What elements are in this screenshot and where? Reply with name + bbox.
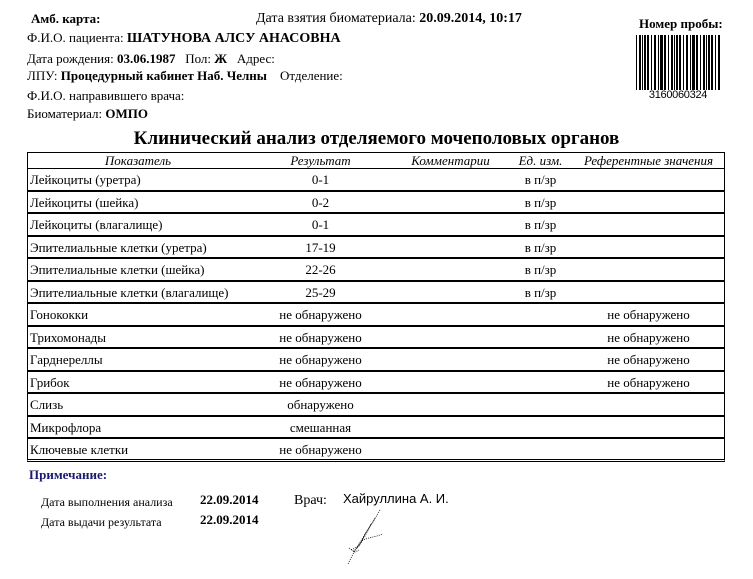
indicator-cell: Слизь [28,394,248,415]
result-cell: 0-1 [248,214,393,235]
table-row: Грибокне обнаруженоне обнаружено [27,372,725,395]
result-cell: не обнаружено [248,327,393,348]
referring-doctor-label: Ф.И.О. направившего врача: [27,88,184,104]
table-row: Трихомонадыне обнаруженоне обнаружено [27,327,725,350]
unit-cell: в п/зр [508,214,573,235]
reference-cell: не обнаружено [573,304,724,325]
table-row: Эпителиальные клетки (уретра)17-19в п/зр [27,237,725,260]
column-header-result: Результат [248,153,393,168]
column-header-reference: Референтные значения [573,153,724,168]
comment-cell [393,394,508,415]
result-cell: не обнаружено [248,349,393,370]
analysis-date-value: 22.09.2014 [200,492,259,508]
comment-cell [393,439,508,459]
unit-cell: в п/зр [508,169,573,190]
table-row: Ключевые клеткине обнаружено [27,439,725,462]
reference-cell [573,394,724,415]
table-row: Слизьобнаружено [27,394,725,417]
birth-value: 03.06.1987 [117,51,176,66]
unit-cell [508,417,573,438]
reference-cell [573,259,724,280]
indicator-cell: Лейкоциты (шейка) [28,192,248,213]
result-cell: 25-29 [248,282,393,303]
indicator-cell: Эпителиальные клетки (шейка) [28,259,248,280]
sex-label: Пол: [185,51,211,66]
comment-cell [393,169,508,190]
patient-value: ШАТУНОВА АЛСУ АНАСОВНА [127,31,341,46]
result-cell: 17-19 [248,237,393,258]
indicator-cell: Эпителиальные клетки (уретра) [28,237,248,258]
reference-cell [573,417,724,438]
patient-name: Ф.И.О. пациента: ШАТУНОВА АЛСУ АНАСОВНА [27,30,341,47]
unit-cell: в п/зр [508,282,573,303]
result-cell: не обнаружено [248,439,393,459]
table-row: Гарднереллыне обнаруженоне обнаружено [27,349,725,372]
sample-number-label: Номер пробы: [639,16,723,32]
signature-icon [345,508,405,568]
indicator-cell: Лейкоциты (влагалище) [28,214,248,235]
table-header: Показатель Результат Комментарии Ед. изм… [27,152,725,169]
unit-cell [508,349,573,370]
result-cell: 22-26 [248,259,393,280]
result-cell: 0-1 [248,169,393,190]
note-label: Примечание: [29,467,107,483]
table-row: Лейкоциты (шейка)0-2в п/зр [27,192,725,215]
issue-date-value: 22.09.2014 [200,512,259,528]
comment-cell [393,237,508,258]
analysis-date-label: Дата выполнения анализа [41,495,173,510]
column-header-unit: Ед. изм. [508,153,573,168]
unit-cell: в п/зр [508,192,573,213]
comment-cell [393,304,508,325]
department-label: Отделение: [280,68,343,83]
reference-cell [573,237,724,258]
indicator-cell: Гарднереллы [28,349,248,370]
barcode-number: 3160060324 [630,89,726,101]
indicator-cell: Трихомонады [28,327,248,348]
result-cell: не обнаружено [248,304,393,325]
table-body: Лейкоциты (уретра)0-1в п/зрЛейкоциты (ше… [27,169,725,462]
reference-cell: не обнаружено [573,349,724,370]
indicator-cell: Эпителиальные клетки (влагалище) [28,282,248,303]
results-table: Показатель Результат Комментарии Ед. изм… [27,152,725,462]
reference-cell: не обнаружено [573,327,724,348]
lpu-label: ЛПУ: [27,68,58,83]
unit-cell [508,327,573,348]
comment-cell [393,214,508,235]
lpu-value: Процедурный кабинет Наб. Челны [61,68,267,83]
sex-value: Ж [214,51,227,66]
table-row: Лейкоциты (уретра)0-1в п/зр [27,169,725,192]
unit-cell: в п/зр [508,237,573,258]
reference-cell [573,439,724,459]
unit-cell [508,439,573,459]
column-header-indicator: Показатель [28,153,248,168]
comment-cell [393,259,508,280]
sample-date: Дата взятия биоматериала: 20.09.2014, 10… [256,11,522,27]
table-row: Лейкоциты (влагалище)0-1в п/зр [27,214,725,237]
table-row: Микрофлорасмешанная [27,417,725,440]
barcode-icon [636,35,720,90]
comment-cell [393,349,508,370]
doctor-label: Врач: [294,493,327,509]
reference-cell: не обнаружено [573,372,724,393]
unit-cell [508,304,573,325]
indicator-cell: Ключевые клетки [28,439,248,459]
birth-info: Дата рождения: 03.06.1987 Пол: Ж Адрес: [27,51,275,67]
comment-cell [393,327,508,348]
issue-date-label: Дата выдачи результата [41,515,162,530]
comment-cell [393,192,508,213]
indicator-cell: Гонококки [28,304,248,325]
table-row: Гонококкине обнаруженоне обнаружено [27,304,725,327]
biomaterial: Биоматериал: ОМПО [27,106,148,122]
unit-cell [508,372,573,393]
amb-card-label: Амб. карта: [31,11,100,27]
doctor-name: Хайруллина А. И. [343,491,449,506]
comment-cell [393,372,508,393]
result-cell: обнаружено [248,394,393,415]
sample-date-label: Дата взятия биоматериала: [256,11,416,26]
indicator-cell: Микрофлора [28,417,248,438]
reference-cell [573,192,724,213]
unit-cell [508,394,573,415]
result-cell: смешанная [248,417,393,438]
patient-label: Ф.И.О. пациента: [27,30,124,45]
comment-cell [393,282,508,303]
lpu-info: ЛПУ: Процедурный кабинет Наб. Челны Отде… [27,68,343,84]
indicator-cell: Грибок [28,372,248,393]
result-cell: 0-2 [248,192,393,213]
unit-cell: в п/зр [508,259,573,280]
table-row: Эпителиальные клетки (шейка)22-26в п/зр [27,259,725,282]
indicator-cell: Лейкоциты (уретра) [28,169,248,190]
table-row: Эпителиальные клетки (влагалище)25-29в п… [27,282,725,305]
reference-cell [573,214,724,235]
sample-date-value: 20.09.2014, 10:17 [419,11,522,26]
column-header-comments: Комментарии [393,153,508,168]
reference-cell [573,282,724,303]
reference-cell [573,169,724,190]
birth-label: Дата рождения: [27,51,114,66]
result-cell: не обнаружено [248,372,393,393]
address-label: Адрес: [237,51,275,66]
biomaterial-label: Биоматериал: [27,106,102,121]
biomaterial-value: ОМПО [105,106,148,121]
report-title: Клинический анализ отделяемого мочеполов… [0,128,753,150]
comment-cell [393,417,508,438]
